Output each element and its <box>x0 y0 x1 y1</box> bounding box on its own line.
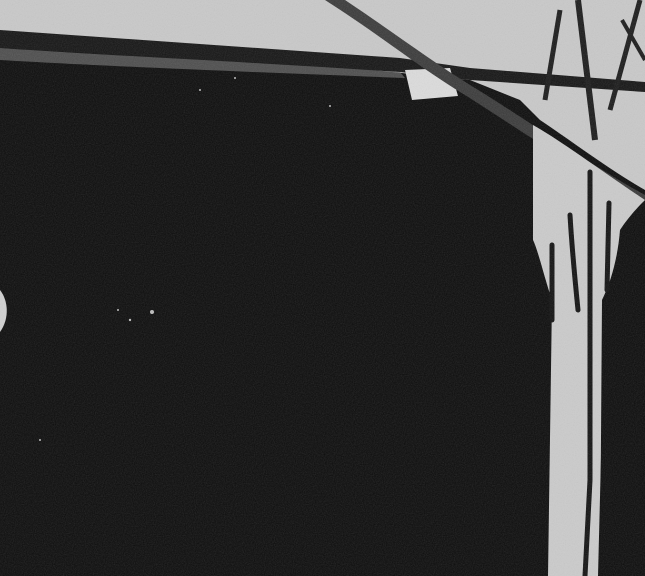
photo-canvas <box>0 0 645 576</box>
film-grain <box>0 0 645 576</box>
photograph <box>0 0 645 576</box>
